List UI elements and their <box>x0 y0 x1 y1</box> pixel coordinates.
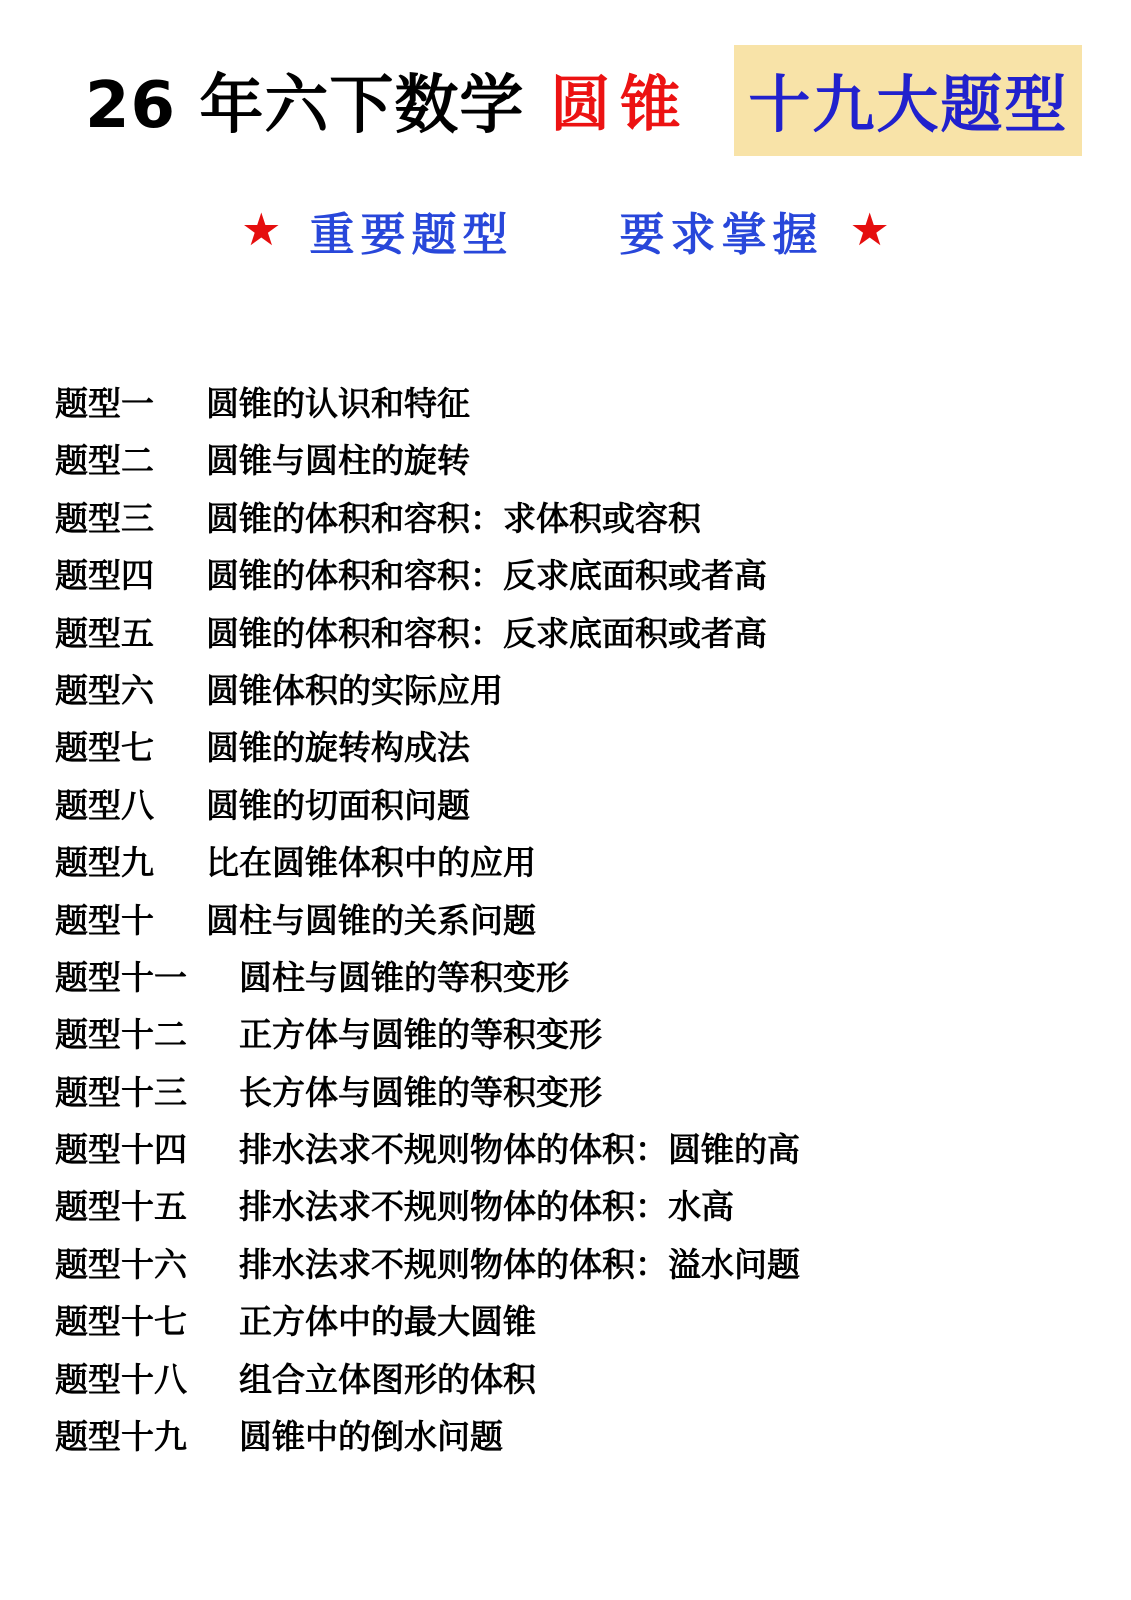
item-description: 比在圆锥体积中的应用 <box>206 843 536 885</box>
must-master-label: 要求掌握 <box>620 198 824 263</box>
item-description: 圆锥的体积和容积：反求底面积或者高 <box>206 614 767 656</box>
item-description: 长方体与圆锥的等积变形 <box>239 1073 602 1115</box>
item-label: 题型八 <box>55 786 154 828</box>
item-description: 排水法求不规则物体的体积：溢水问题 <box>239 1245 800 1287</box>
star-icon: ★ <box>241 208 281 253</box>
list-item: 题型十六排水法求不规则物体的体积：溢水问题 <box>55 1245 1131 1302</box>
item-label: 题型十四 <box>55 1130 187 1172</box>
list-item: 题型十三长方体与圆锥的等积变形 <box>55 1073 1131 1130</box>
list-item: 题型八圆锥的切面积问题 <box>55 786 1131 843</box>
item-description: 圆锥体积的实际应用 <box>206 671 503 713</box>
item-description: 圆锥的旋转构成法 <box>206 728 470 770</box>
list-item: 题型十五排水法求不规则物体的体积：水高 <box>55 1187 1131 1244</box>
item-description: 圆锥的切面积问题 <box>206 786 470 828</box>
item-label: 题型二 <box>55 441 154 483</box>
item-label: 题型一 <box>55 384 154 426</box>
important-types-label: 重要题型 <box>309 198 513 263</box>
list-item: 题型五圆锥的体积和容积：反求底面积或者高 <box>55 614 1131 671</box>
list-item: 题型十一圆柱与圆锥的等积变形 <box>55 958 1131 1015</box>
list-item: 题型十八组合立体图形的体积 <box>55 1360 1131 1417</box>
item-description: 圆柱与圆锥的等积变形 <box>239 958 569 1000</box>
item-description: 圆锥的体积和容积：求体积或容积 <box>206 499 701 541</box>
item-label: 题型十九 <box>55 1417 187 1459</box>
item-label: 题型十七 <box>55 1302 187 1344</box>
item-label: 题型十二 <box>55 1015 187 1057</box>
list-item: 题型七圆锥的旋转构成法 <box>55 728 1131 785</box>
item-description: 圆锥的体积和容积：反求底面积或者高 <box>206 556 767 598</box>
item-description: 正方体与圆锥的等积变形 <box>239 1015 602 1057</box>
item-label: 题型十一 <box>55 958 187 1000</box>
item-description: 圆柱与圆锥的关系问题 <box>206 901 536 943</box>
item-description: 正方体中的最大圆锥 <box>239 1302 536 1344</box>
list-item: 题型三圆锥的体积和容积：求体积或容积 <box>55 499 1131 556</box>
list-item: 题型六圆锥体积的实际应用 <box>55 671 1131 728</box>
item-label: 题型七 <box>55 728 154 770</box>
item-label: 题型十八 <box>55 1360 187 1402</box>
item-label: 题型三 <box>55 499 154 541</box>
list-item: 题型十圆柱与圆锥的关系问题 <box>55 901 1131 958</box>
list-item: 题型九比在圆锥体积中的应用 <box>55 843 1131 900</box>
item-label: 题型十五 <box>55 1187 187 1229</box>
list-item: 题型十四排水法求不规则物体的体积：圆锥的高 <box>55 1130 1131 1187</box>
star-icon: ★ <box>850 208 890 253</box>
page: { "header": { "title_black": "26 年六下数学",… <box>0 0 1131 1600</box>
topic-cone-label: 圆锥 <box>550 57 690 143</box>
list-item: 题型二圆锥与圆柱的旋转 <box>55 441 1131 498</box>
list-item: 题型十二正方体与圆锥的等积变形 <box>55 1015 1131 1072</box>
subtitle-row: ★ 重要题型 要求掌握 ★ <box>0 198 1131 262</box>
item-label: 题型十六 <box>55 1245 187 1287</box>
nineteen-types-highlight: 十九大题型 <box>734 45 1082 156</box>
item-label: 题型十三 <box>55 1073 187 1115</box>
item-label: 题型六 <box>55 671 154 713</box>
item-description: 排水法求不规则物体的体积：水高 <box>239 1187 734 1229</box>
document-header: 26 年六下数学 圆锥 十九大题型 <box>0 0 1131 150</box>
item-description: 圆锥中的倒水问题 <box>239 1417 503 1459</box>
list-item: 题型一圆锥的认识和特征 <box>55 384 1131 441</box>
item-label: 题型五 <box>55 614 154 656</box>
item-description: 圆锥与圆柱的旋转 <box>206 441 470 483</box>
item-description: 排水法求不规则物体的体积：圆锥的高 <box>239 1130 800 1172</box>
item-description: 圆锥的认识和特征 <box>206 384 470 426</box>
course-title: 26 年六下数学 <box>85 54 524 146</box>
list-item: 题型四圆锥的体积和容积：反求底面积或者高 <box>55 556 1131 613</box>
list-item: 题型十七正方体中的最大圆锥 <box>55 1302 1131 1359</box>
item-label: 题型四 <box>55 556 154 598</box>
list-item: 题型十九圆锥中的倒水问题 <box>55 1417 1131 1474</box>
problem-type-list: 题型一圆锥的认识和特征题型二圆锥与圆柱的旋转题型三圆锥的体积和容积：求体积或容积… <box>55 384 1131 1474</box>
item-label: 题型十 <box>55 901 154 943</box>
item-label: 题型九 <box>55 843 154 885</box>
item-description: 组合立体图形的体积 <box>239 1360 536 1402</box>
